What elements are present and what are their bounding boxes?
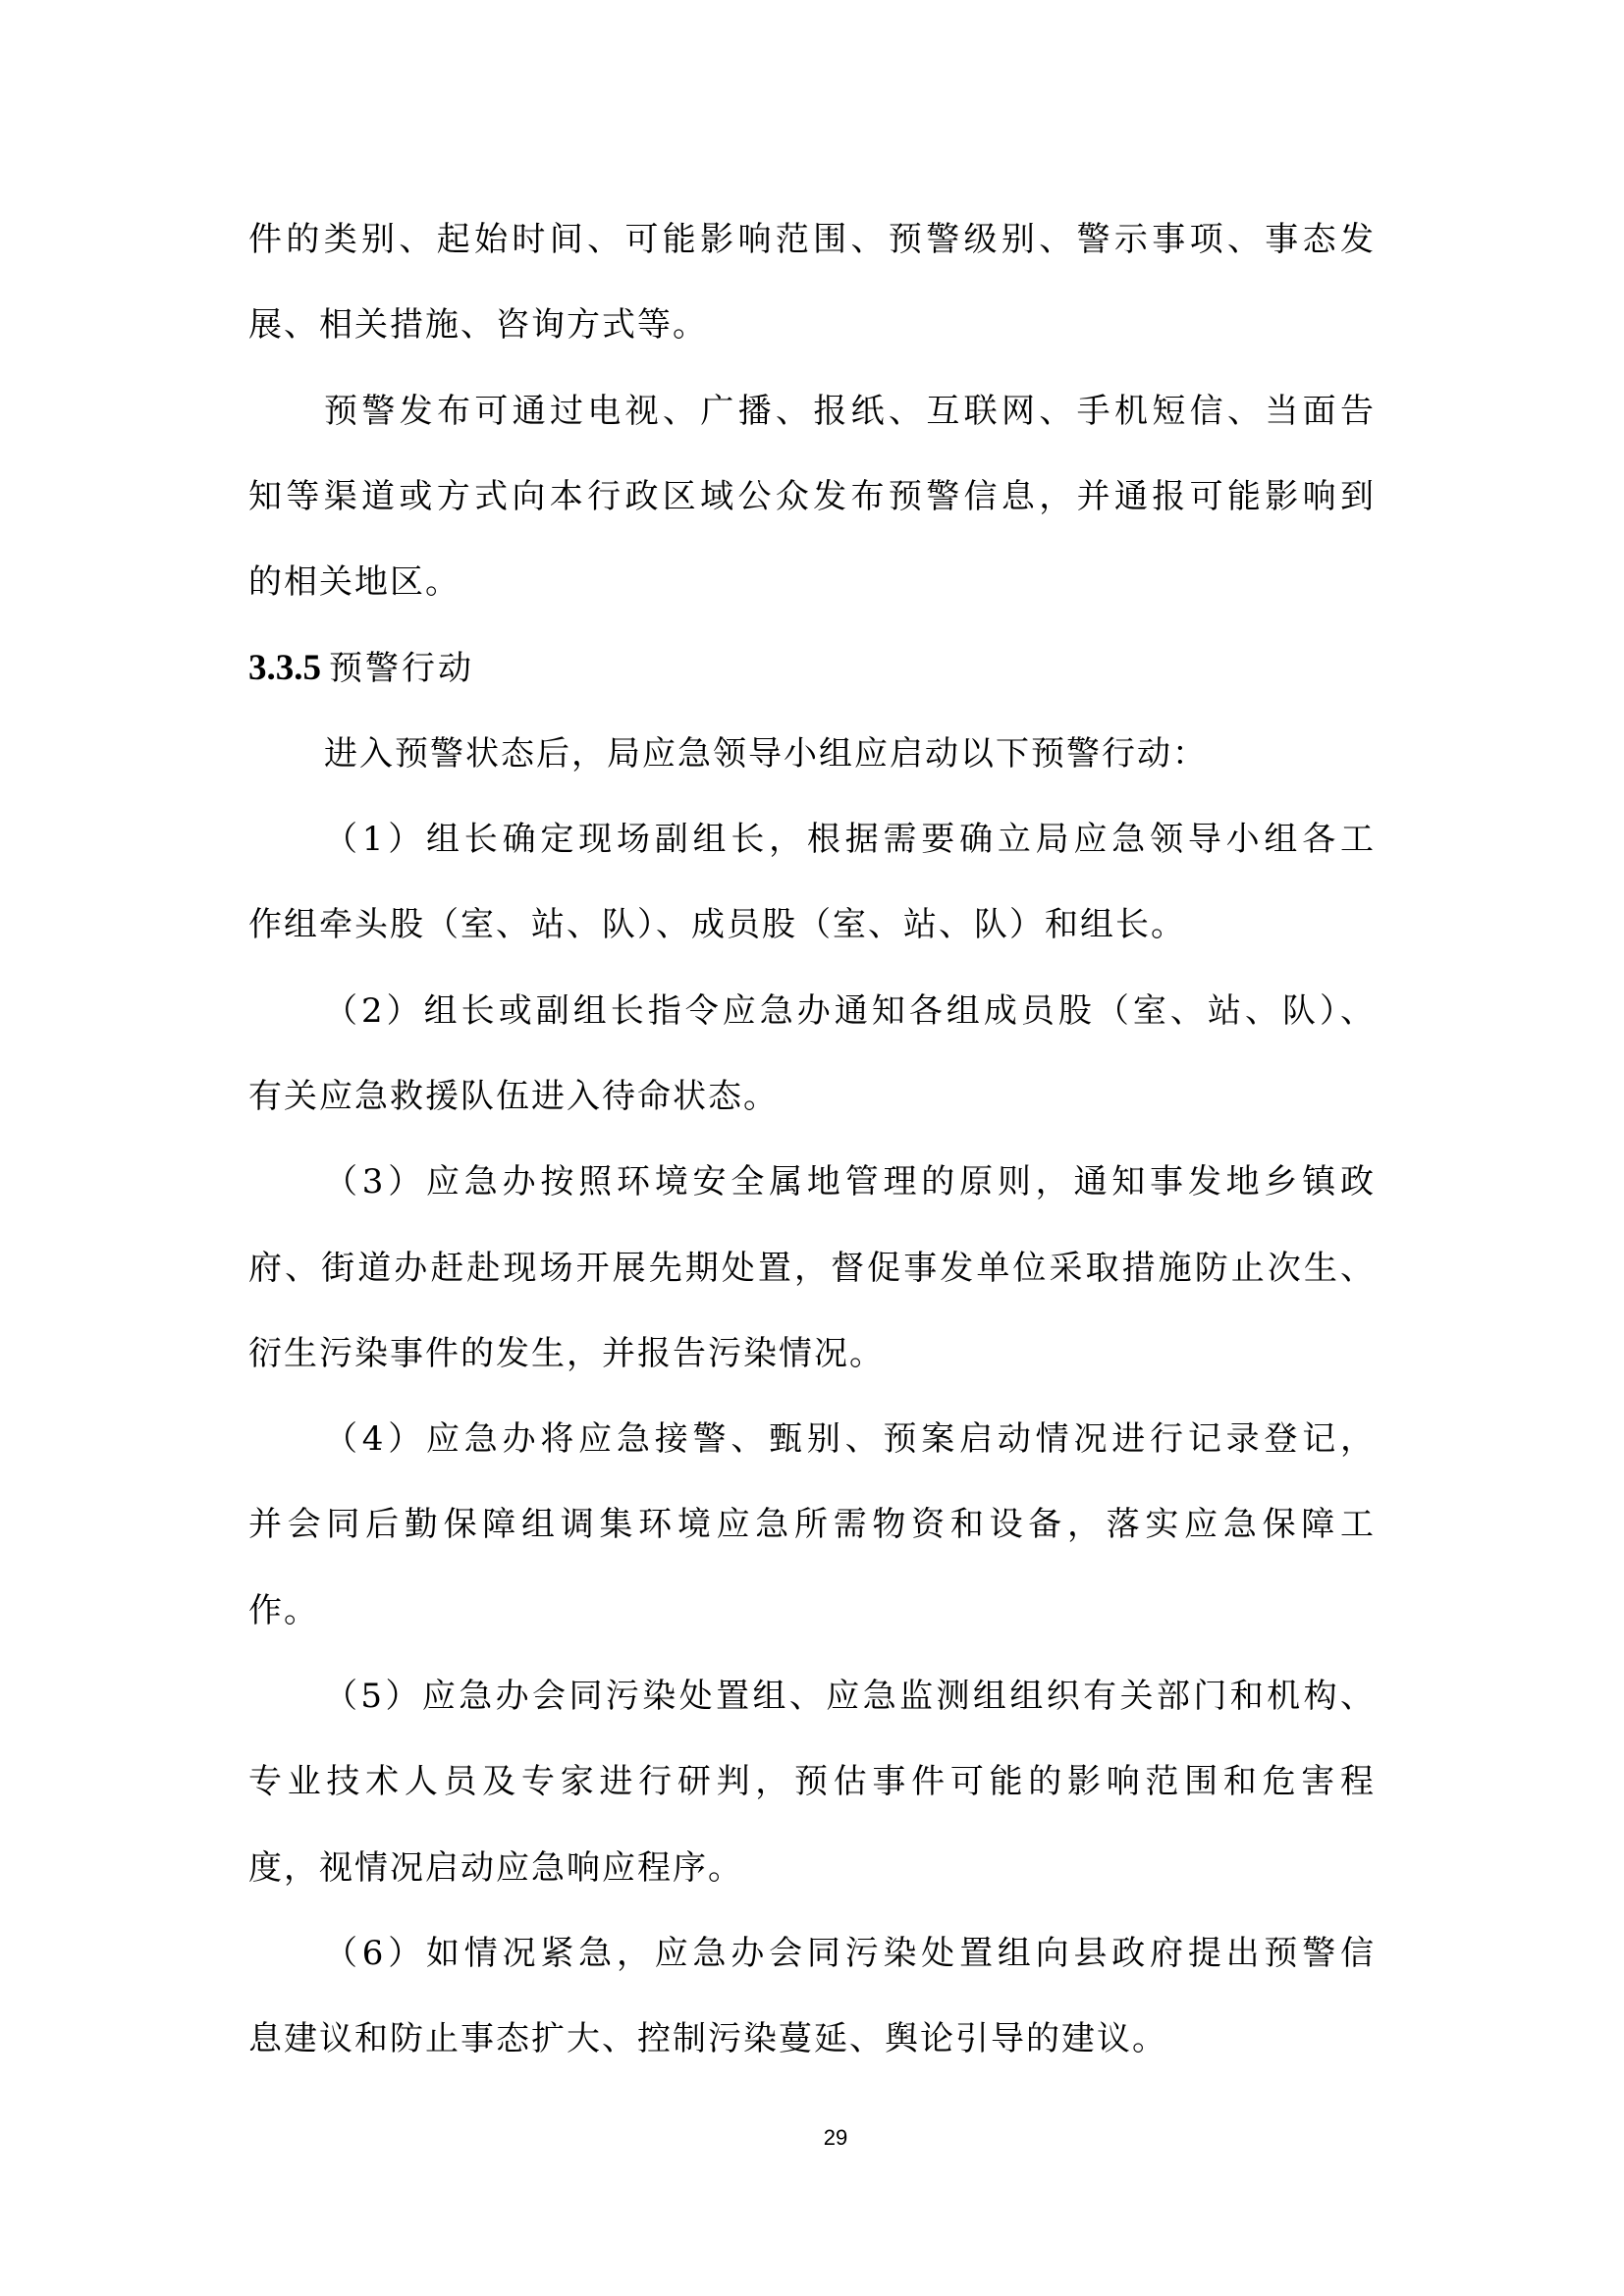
paragraph-line: 展、相关措施、咨询方式等。 xyxy=(248,283,1376,368)
paragraph-line: （5）应急办会同污染处置组、应急监测组组织有关部门和机构、 xyxy=(248,1654,1376,1739)
action-item-3: （3）应急办按照环境安全属地管理的原则，通知事发地乡镇政 府、街道办赶赴现场开展… xyxy=(248,1140,1376,1397)
intro-paragraph: 进入预警状态后，局应急领导小组应启动以下预警行动： xyxy=(248,712,1376,797)
paragraph-line: 预警发布可通过电视、广播、报纸、互联网、手机短信、当面告 xyxy=(248,369,1376,454)
paragraph-line: 的相关地区。 xyxy=(248,540,1376,625)
action-item-1: （1）组长确定现场副组长，根据需要确立局应急领导小组各工 作组牵头股（室、站、队… xyxy=(248,797,1376,969)
paragraph-line: （3）应急办按照环境安全属地管理的原则，通知事发地乡镇政 xyxy=(248,1140,1376,1225)
action-item-6: （6）如情况紧急，应急办会同污染处置组向县政府提出预警信 息建议和防止事态扩大、… xyxy=(248,1911,1376,2083)
paragraph-line: （6）如情况紧急，应急办会同污染处置组向县政府提出预警信 xyxy=(248,1911,1376,1997)
paragraph-line: （1）组长确定现场副组长，根据需要确立局应急领导小组各工 xyxy=(248,797,1376,882)
paragraph-line: 有关应急救援队伍进入待命状态。 xyxy=(248,1054,1376,1140)
paragraph-line: 息建议和防止事态扩大、控制污染蔓延、舆论引导的建议。 xyxy=(248,1997,1376,2082)
paragraph-line: 进入预警状态后，局应急领导小组应启动以下预警行动： xyxy=(248,712,1376,797)
section-number: 3.3.5 xyxy=(248,648,321,688)
section-heading: 3.3.5预警行动 xyxy=(248,625,1376,711)
continuation-paragraph: 件的类别、起始时间、可能影响范围、预警级别、警示事项、事态发 展、相关措施、咨询… xyxy=(248,197,1376,369)
paragraph-line: 并会同后勤保障组调集环境应急所需物资和设备，落实应急保障工 xyxy=(248,1482,1376,1568)
page-number: 29 xyxy=(0,2123,1624,2153)
body-text: 件的类别、起始时间、可能影响范围、预警级别、警示事项、事态发 展、相关措施、咨询… xyxy=(248,197,1376,2083)
paragraph-line: 府、街道办赶赴现场开展先期处置，督促事发单位采取措施防止次生、 xyxy=(248,1226,1376,1311)
paragraph-line: （2）组长或副组长指令应急办通知各组成员股（室、站、队）、 xyxy=(248,969,1376,1054)
paragraph-line: 专业技术人员及专家进行研判，预估事件可能的影响范围和危害程 xyxy=(248,1739,1376,1825)
section-title: 预警行动 xyxy=(329,649,474,688)
action-item-2: （2）组长或副组长指令应急办通知各组成员股（室、站、队）、 有关应急救援队伍进入… xyxy=(248,969,1376,1141)
release-paragraph: 预警发布可通过电视、广播、报纸、互联网、手机短信、当面告 知等渠道或方式向本行政… xyxy=(248,369,1376,626)
paragraph-line: 衍生污染事件的发生，并报告污染情况。 xyxy=(248,1311,1376,1397)
paragraph-line: 件的类别、起始时间、可能影响范围、预警级别、警示事项、事态发 xyxy=(248,197,1376,283)
paragraph-line: 知等渠道或方式向本行政区域公众发布预警信息，并通报可能影响到 xyxy=(248,454,1376,540)
document-page: 件的类别、起始时间、可能影响范围、预警级别、警示事项、事态发 展、相关措施、咨询… xyxy=(0,0,1624,2296)
paragraph-line: 度，视情况启动应急响应程序。 xyxy=(248,1826,1376,1911)
action-item-4: （4）应急办将应急接警、甄别、预案启动情况进行记录登记， 并会同后勤保障组调集环… xyxy=(248,1397,1376,1654)
paragraph-line: （4）应急办将应急接警、甄别、预案启动情况进行记录登记， xyxy=(248,1397,1376,1482)
paragraph-line: 作组牵头股（室、站、队）、成员股（室、站、队）和组长。 xyxy=(248,882,1376,968)
action-item-5: （5）应急办会同污染处置组、应急监测组组织有关部门和机构、 专业技术人员及专家进… xyxy=(248,1654,1376,1911)
paragraph-line: 作。 xyxy=(248,1569,1376,1654)
